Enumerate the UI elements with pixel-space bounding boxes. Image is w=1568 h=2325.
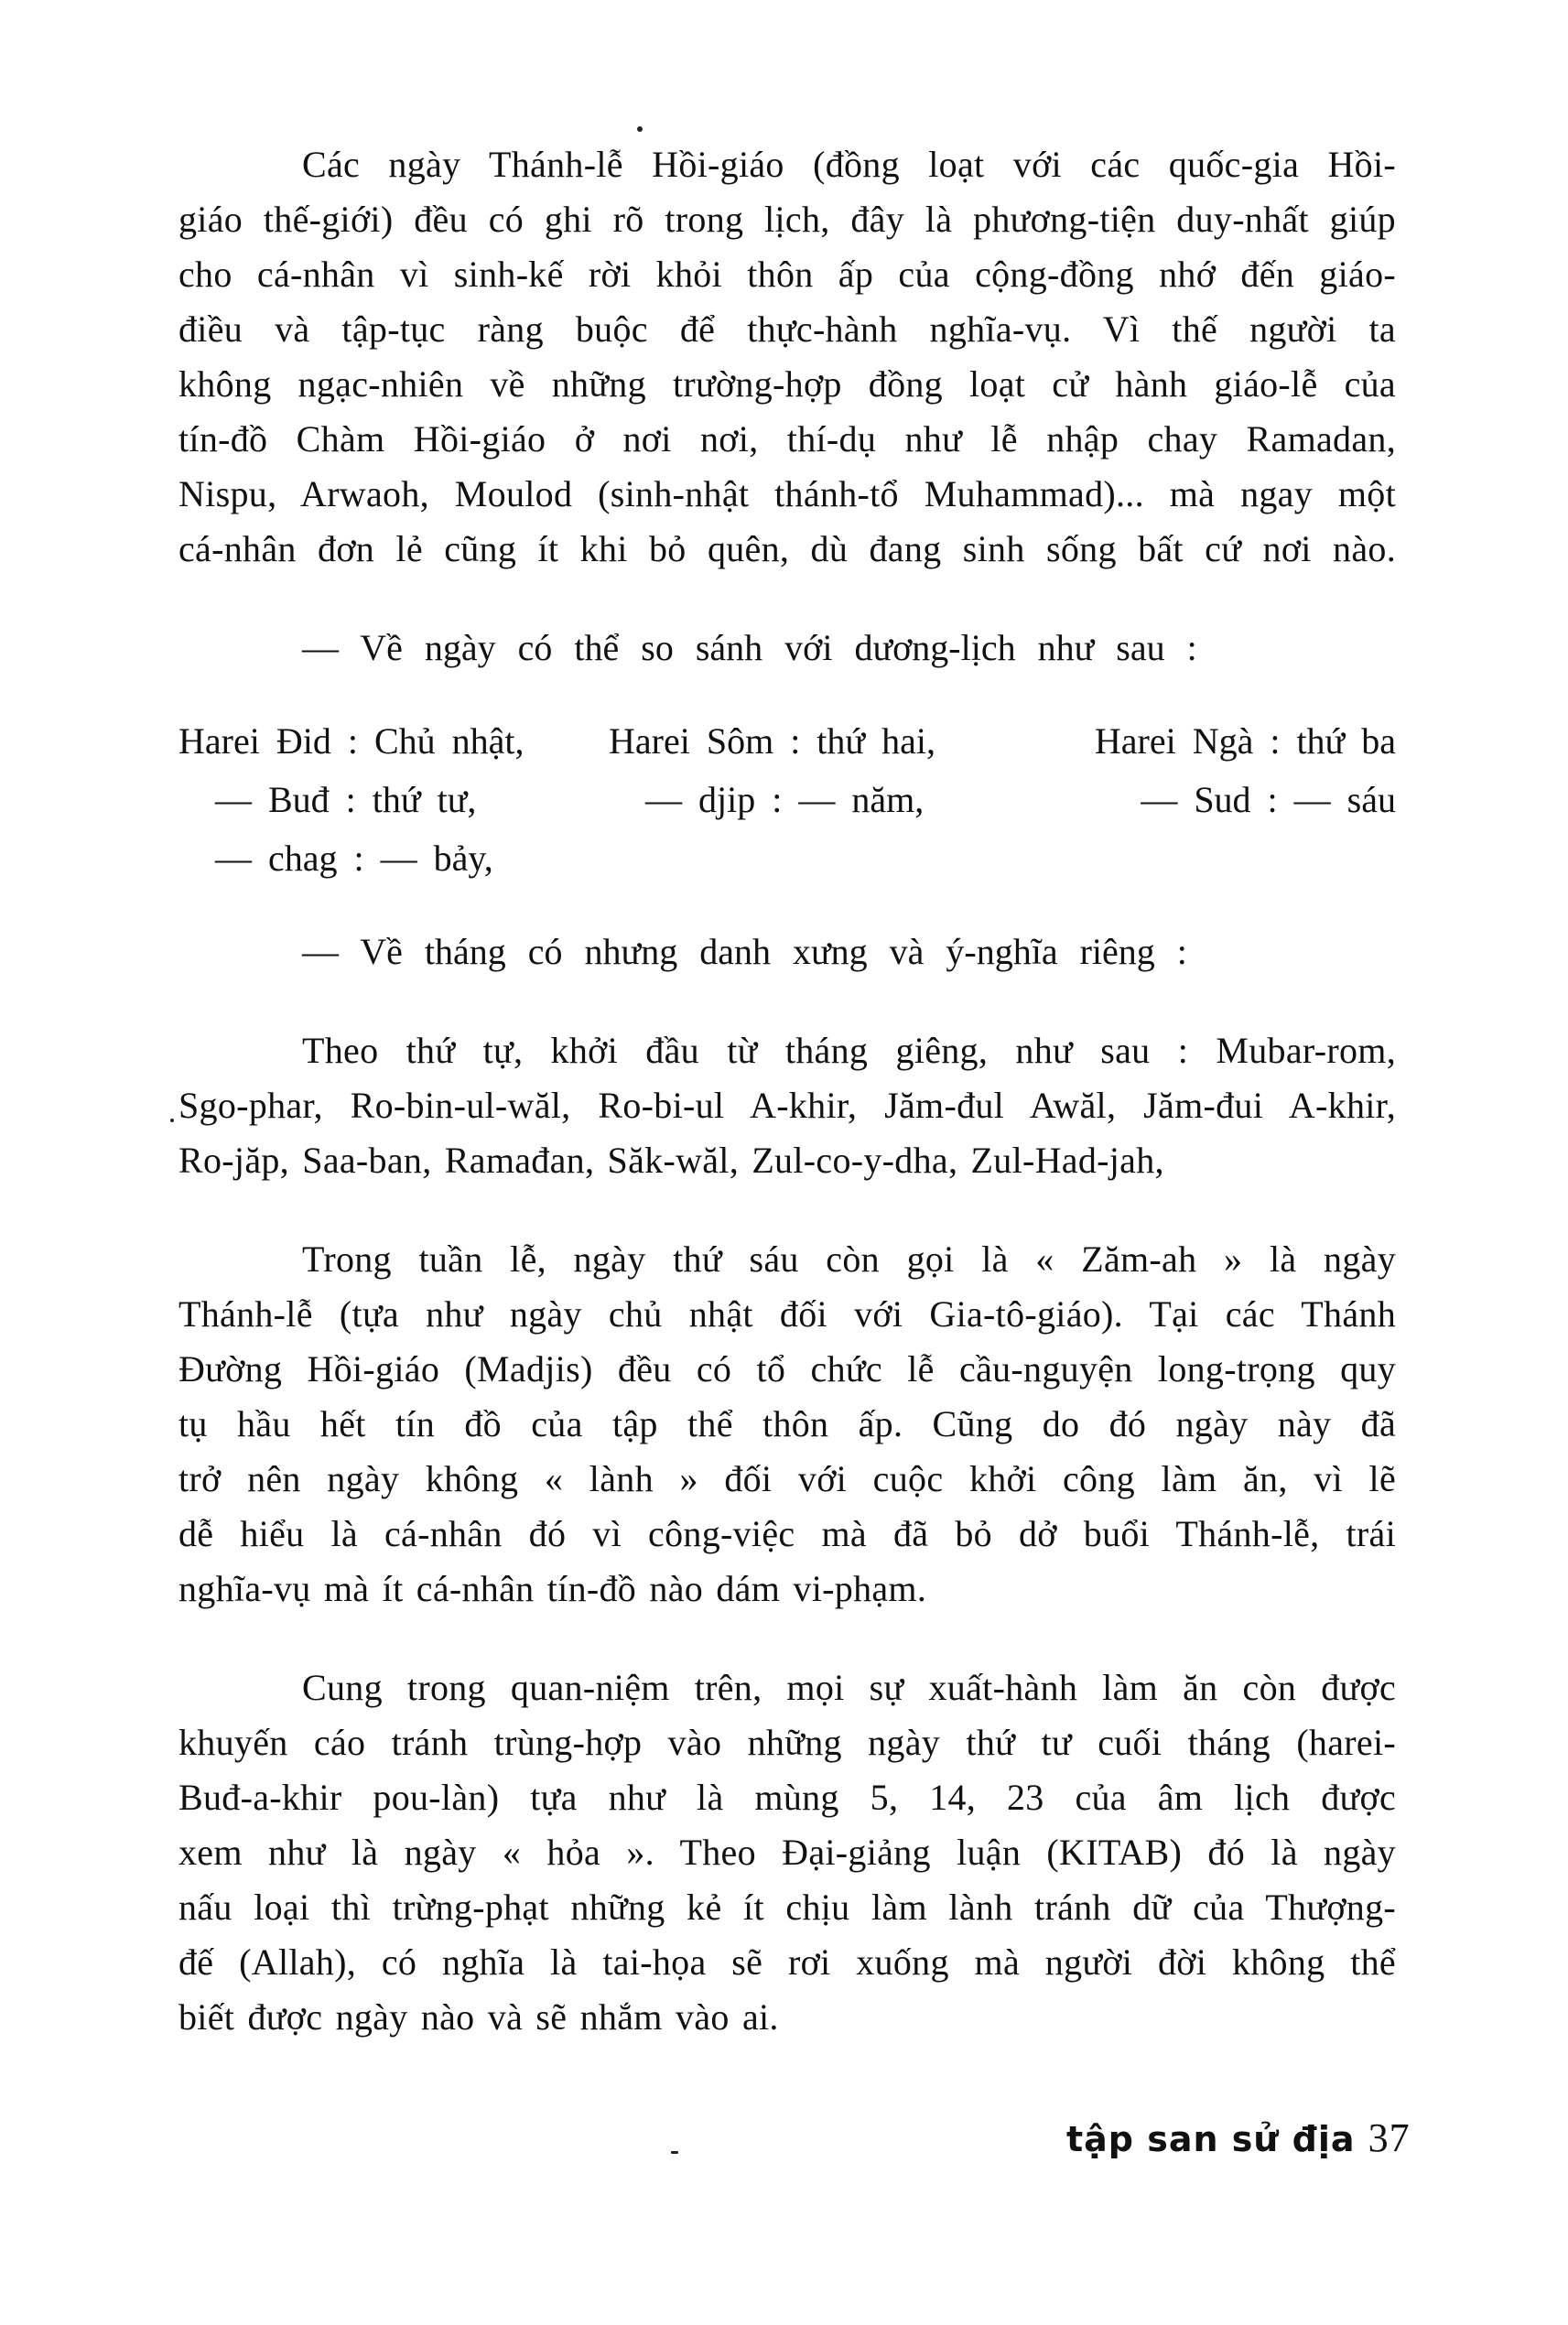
text-line: cho cá-nhân vì sinh-kế rời khỏi thôn ấp … bbox=[178, 247, 1396, 302]
text-line: Buđ-a-khir pou-làn) tựa như là mùng 5, 1… bbox=[178, 1770, 1396, 1825]
stray-mark bbox=[671, 2151, 678, 2154]
text-line: nấu loại thì trừng-phạt những kẻ ít chịu… bbox=[178, 1880, 1396, 1935]
day-entry: — chag : — bảy, bbox=[178, 829, 609, 888]
text-line: Sgo-phar, Ro-bin-ul-wăl, Ro-bi-ul A-khir… bbox=[178, 1078, 1396, 1133]
text-line: Nispu, Arwaoh, Moulod (sinh-nhật thánh-t… bbox=[178, 467, 1396, 522]
text-line: điều và tập-tục ràng buộc để thực-hành n… bbox=[178, 302, 1396, 357]
text-line: nghĩa-vụ mà ít cá-nhân tín-đồ nào dám vi… bbox=[178, 1562, 1396, 1617]
day-entry bbox=[1030, 829, 1396, 888]
text-line: tín-đồ Chàm Hồi-giáo ở nơi nơi, thí-dụ n… bbox=[178, 412, 1396, 467]
stray-mark bbox=[170, 1119, 174, 1122]
page-body: Các ngày Thánh-lễ Hồi-giáo (đồng loạt vớ… bbox=[178, 137, 1396, 2045]
day-entry: Harei Sôm : thứ hai, bbox=[609, 712, 1030, 771]
text-line: đế (Allah), có nghĩa là tai-họa sẽ rơi x… bbox=[178, 1935, 1396, 1990]
day-entry bbox=[609, 829, 1030, 888]
text-line: Trong tuần lễ, ngày thứ sáu còn gọi là «… bbox=[178, 1232, 1396, 1287]
text-line: Đường Hồi-giáo (Madjis) đều có tổ chức l… bbox=[178, 1342, 1396, 1397]
publication-name: tập san sử địa bbox=[1066, 2119, 1356, 2159]
days-row: — Buđ : thứ tư, — djip : — năm, — Sud : … bbox=[178, 771, 1396, 829]
paragraph-inauspicious-days: Cung trong quan-niệm trên, mọi sự xuất-h… bbox=[178, 1660, 1396, 2045]
paragraph-months: Theo thứ tự, khởi đầu từ tháng giêng, nh… bbox=[178, 1023, 1396, 1188]
text-line: biết được ngày nào và sẽ nhắm vào ai. bbox=[178, 1990, 1396, 2045]
stray-mark bbox=[637, 126, 643, 132]
text-line: cá-nhân đơn lẻ cũng ít khi bỏ quên, dù đ… bbox=[178, 522, 1396, 577]
text-line: Thánh-lễ (tựa như ngày chủ nhật đối với … bbox=[178, 1287, 1396, 1342]
day-entry: Harei Ngà : thứ ba bbox=[1030, 712, 1396, 771]
days-row: Harei Đid : Chủ nhật, Harei Sôm : thứ ha… bbox=[178, 712, 1396, 771]
text-line: xem như là ngày « hỏa ». Theo Đại-giảng … bbox=[178, 1825, 1396, 1880]
page-number: 37 bbox=[1368, 2115, 1411, 2160]
text-line: trở nên ngày không « lành » đối với cuộc… bbox=[178, 1452, 1396, 1507]
day-entry: — Buđ : thứ tư, bbox=[178, 771, 609, 829]
text-line: giáo thế-giới) đều có ghi rõ trong lịch,… bbox=[178, 192, 1396, 247]
day-entry: Harei Đid : Chủ nhật, bbox=[178, 712, 609, 771]
paragraph-holy-days: Các ngày Thánh-lễ Hồi-giáo (đồng loạt vớ… bbox=[178, 137, 1396, 577]
months-heading: — Về tháng có nhưng danh xưng và ý-nghĩa… bbox=[178, 925, 1396, 979]
days-row: — chag : — bảy, bbox=[178, 829, 1396, 888]
day-entry: — djip : — năm, bbox=[609, 771, 1030, 829]
text-line: tụ hầu hết tín đồ của tập thể thôn ấp. C… bbox=[178, 1397, 1396, 1452]
text-line: Theo thứ tự, khởi đầu từ tháng giêng, nh… bbox=[178, 1023, 1396, 1078]
text-line: dễ hiểu là cá-nhân đó vì công-việc mà đã… bbox=[178, 1507, 1396, 1562]
text-line: không ngạc-nhiên về những trường-hợp đồn… bbox=[178, 357, 1396, 412]
paragraph-friday: Trong tuần lễ, ngày thứ sáu còn gọi là «… bbox=[178, 1232, 1396, 1617]
text-line: Các ngày Thánh-lễ Hồi-giáo (đồng loạt vớ… bbox=[178, 137, 1396, 192]
text-line: khuyến cáo tránh trùng-hợp vào những ngà… bbox=[178, 1715, 1396, 1770]
text-line: Ro-jăp, Saa-ban, Ramađan, Săk-wăl, Zul-c… bbox=[178, 1133, 1396, 1188]
days-table: Harei Đid : Chủ nhật, Harei Sôm : thứ ha… bbox=[178, 712, 1396, 888]
page-footer: tập san sử địa37 bbox=[1066, 2114, 1411, 2161]
text-line: Cung trong quan-niệm trên, mọi sự xuất-h… bbox=[178, 1660, 1396, 1715]
day-entry: — Sud : — sáu bbox=[1030, 771, 1396, 829]
days-heading: — Về ngày có thể so sánh với dương-lịch … bbox=[178, 621, 1396, 676]
